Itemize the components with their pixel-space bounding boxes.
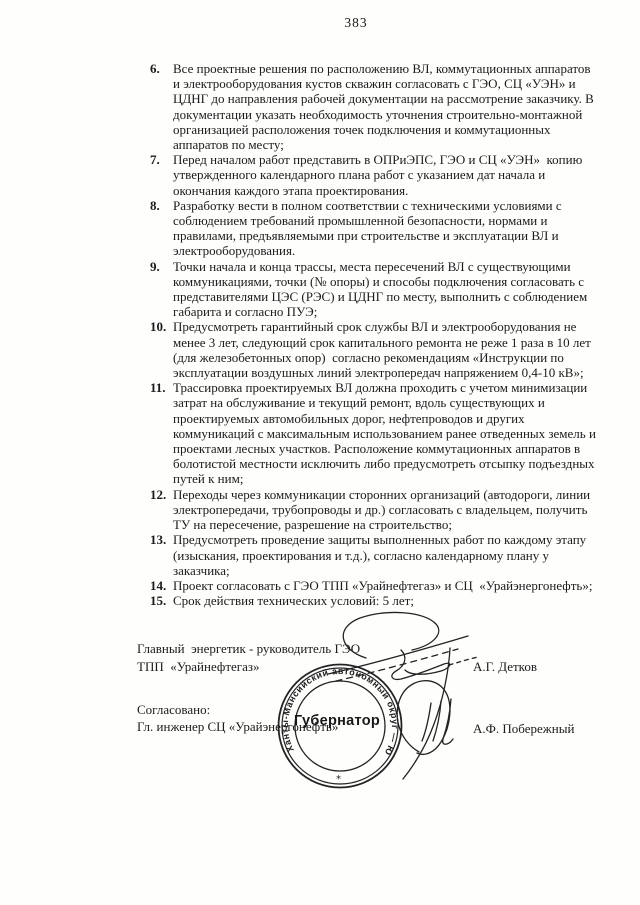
item-text: Точки начала и конца трассы, места перес…: [173, 259, 587, 320]
list-item: 11. Трассировка проектируемых ВЛ должна …: [150, 380, 628, 486]
item-text: Предусмотреть проведение защиты выполнен…: [173, 532, 586, 578]
stamp-star: *: [336, 774, 341, 785]
list-item: 14. Проект согласовать с ГЭО ТПП «Урайне…: [150, 578, 628, 593]
item-number: 15.: [150, 593, 173, 608]
list-item: 12. Переходы через коммуникации сторонни…: [150, 487, 628, 533]
list-item: 8. Разработку вести в полном соответстви…: [150, 198, 628, 259]
list-item: 10. Предусмотреть гарантийный срок служб…: [150, 319, 628, 380]
document-page: 383 6. Все проектные решения по располож…: [0, 0, 640, 905]
signature-poberezhny-icon: [397, 648, 453, 779]
list-item: 9. Точки начала и конца трассы, места пе…: [150, 259, 628, 320]
item-text: Трассировка проектируемых ВЛ должна прох…: [173, 380, 596, 486]
technical-conditions-list: 6. Все проектные решения по расположению…: [150, 61, 628, 608]
item-number: 8.: [150, 198, 173, 213]
item-text: Разработку вести в полном соответствии с…: [173, 198, 562, 259]
approved-label: Согласовано:: [137, 702, 210, 718]
item-text: Переходы через коммуникации сторонних ор…: [173, 487, 590, 533]
item-text: Перед началом работ представить в ОПРиЭП…: [173, 152, 582, 198]
item-number: 7.: [150, 152, 173, 167]
item-number: 13.: [150, 532, 173, 547]
signee-name-detkov: А.Г. Детков: [473, 659, 537, 675]
item-text: Срок действия технических условий: 5 лет…: [173, 593, 414, 608]
item-text: Все проектные решения по расположению ВЛ…: [173, 61, 594, 152]
signatory-role-chief-energetic: Главный энергетик - руководитель ГЭО ТПП…: [137, 640, 360, 675]
item-number: 11.: [150, 380, 173, 395]
signee-name-poberezhny: А.Ф. Побережный: [473, 721, 574, 737]
stamp-overlay-text: Губернатор: [294, 713, 380, 729]
list-item: 13. Предусмотреть проведение защиты выпо…: [150, 532, 628, 578]
item-number: 9.: [150, 259, 173, 274]
item-number: 14.: [150, 578, 173, 593]
item-number: 10.: [150, 319, 173, 334]
item-text: Предусмотреть гарантийный срок службы ВЛ…: [173, 319, 591, 380]
item-number: 12.: [150, 487, 173, 502]
item-text: Проект согласовать с ГЭО ТПП «Урайнефтег…: [173, 578, 592, 593]
list-item: 15. Срок действия технических условий: 5…: [150, 593, 628, 608]
page-number: 383: [300, 15, 412, 31]
list-item: 6. Все проектные решения по расположению…: [150, 61, 628, 152]
item-number: 6.: [150, 61, 173, 76]
list-item: 7. Перед началом работ представить в ОПР…: [150, 152, 628, 198]
